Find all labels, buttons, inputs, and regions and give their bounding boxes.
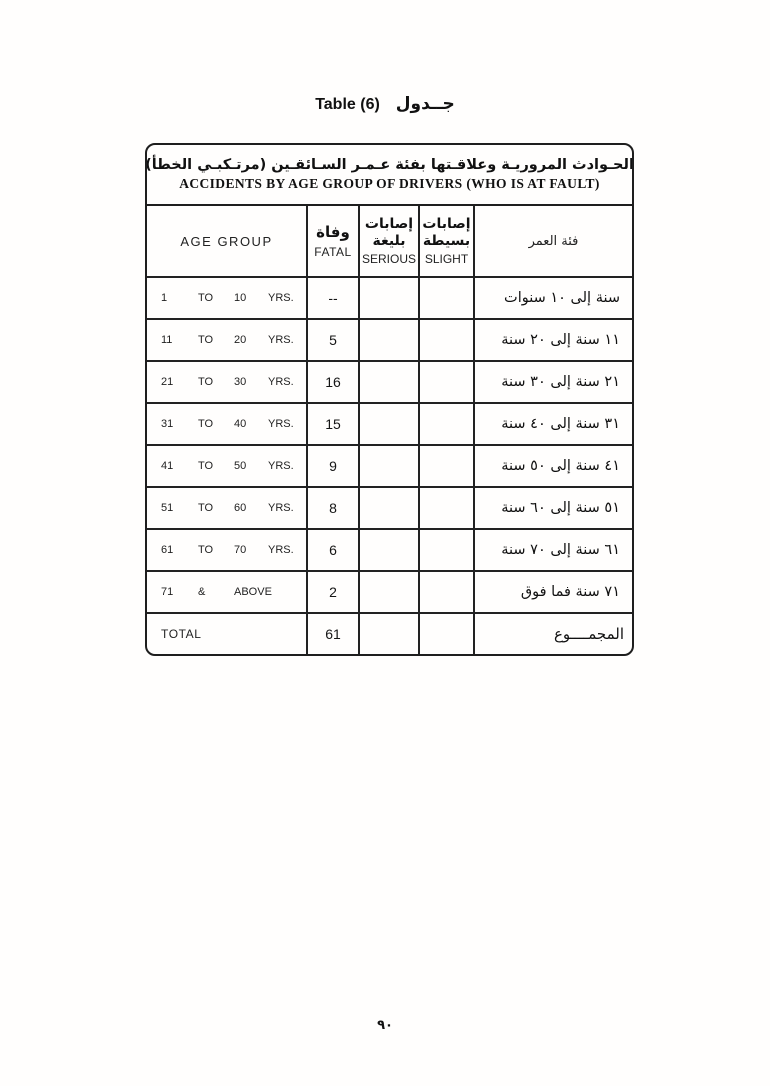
serious-cell xyxy=(360,404,420,444)
age-arabic-cell: ٦١ سنة إلى ٧٠ سنة xyxy=(475,530,632,570)
age-arabic-cell: المجمــــوع xyxy=(475,614,632,654)
age-to: ABOVE xyxy=(234,586,268,598)
serious-cell xyxy=(360,320,420,360)
serious-header-english: SERIOUS xyxy=(362,252,416,266)
age-suffix: YRS. xyxy=(268,544,294,556)
column-header-age-group: AGE GROUP xyxy=(147,206,308,276)
table-number-arabic: جــدول xyxy=(396,94,455,114)
age-connector: TO xyxy=(198,502,234,514)
fatal-cell: 2 xyxy=(308,572,360,612)
age-suffix: YRS. xyxy=(268,376,294,388)
age-suffix: YRS. xyxy=(268,418,294,430)
age-category-header-arabic: فئة العمر xyxy=(529,234,579,249)
age-to: 60 xyxy=(234,502,268,514)
slight-cell xyxy=(420,530,475,570)
age-connector: TO xyxy=(198,544,234,556)
age-from: 21 xyxy=(161,376,198,388)
table-row: 31TO40YRS. 15 ٣١ سنة إلى ٤٠ سنة xyxy=(147,402,632,444)
fatal-cell: 5 xyxy=(308,320,360,360)
page-title: Table (6)جــدول xyxy=(0,94,770,114)
slight-cell xyxy=(420,362,475,402)
column-header-fatal: وفاة FATAL xyxy=(308,206,360,276)
age-to: 70 xyxy=(234,544,268,556)
fatal-total-value: 61 xyxy=(325,626,341,642)
age-group-cell: 21TO30YRS. xyxy=(147,362,308,402)
age-group-cell: 61TO70YRS. xyxy=(147,530,308,570)
serious-header-arabic-line2: بليغة xyxy=(372,233,405,250)
table-row: 1TO10YRS. -- سنة إلى ١٠ سنوات xyxy=(147,276,632,318)
age-from: 11 xyxy=(161,334,198,346)
table-caption: الحـوادث المروريـة وعلاقـتها بفئة عـمـر … xyxy=(147,145,632,206)
table-row: 71&ABOVE 2 ٧١ سنة فما فوق xyxy=(147,570,632,612)
age-from: 51 xyxy=(161,502,198,514)
age-connector: TO xyxy=(198,334,234,346)
fatal-cell: 8 xyxy=(308,488,360,528)
age-arabic-cell: ٥١ سنة إلى ٦٠ سنة xyxy=(475,488,632,528)
fatal-value: 15 xyxy=(325,416,341,432)
fatal-value: 5 xyxy=(329,332,337,348)
total-label-arabic: المجمــــوع xyxy=(475,625,632,643)
age-arabic-cell: ٣١ سنة إلى ٤٠ سنة xyxy=(475,404,632,444)
column-header-age-category: فئة العمر xyxy=(475,206,632,276)
fatal-cell: 16 xyxy=(308,362,360,402)
age-arabic-label: ٥١ سنة إلى ٦٠ سنة xyxy=(475,500,632,516)
age-connector: TO xyxy=(198,460,234,472)
serious-cell xyxy=(360,278,420,318)
age-group-cell: 1TO10YRS. xyxy=(147,278,308,318)
fatal-header-arabic: وفاة xyxy=(316,223,350,241)
age-connector: & xyxy=(198,586,234,598)
accidents-table: الحـوادث المروريـة وعلاقـتها بفئة عـمـر … xyxy=(145,143,634,656)
age-suffix: YRS. xyxy=(268,502,294,514)
slight-cell xyxy=(420,488,475,528)
age-arabic-cell: ١١ سنة إلى ٢٠ سنة xyxy=(475,320,632,360)
age-arabic-cell: ٤١ سنة إلى ٥٠ سنة xyxy=(475,446,632,486)
table-row: 21TO30YRS. 16 ٢١ سنة إلى ٣٠ سنة xyxy=(147,360,632,402)
age-arabic-cell: سنة إلى ١٠ سنوات xyxy=(475,278,632,318)
slight-header-english: SLIGHT xyxy=(425,252,468,266)
age-arabic-label: ٦١ سنة إلى ٧٠ سنة xyxy=(475,542,632,558)
document-page: Table (6)جــدول الحـوادث المروريـة وعلاق… xyxy=(0,0,770,1086)
fatal-value: -- xyxy=(328,290,337,306)
age-connector: TO xyxy=(198,292,234,304)
serious-header-arabic-line1: إصابات xyxy=(365,216,413,233)
age-to: 20 xyxy=(234,334,268,346)
age-arabic-label: ٤١ سنة إلى ٥٠ سنة xyxy=(475,458,632,474)
age-from: 1 xyxy=(161,292,198,304)
fatal-cell: 6 xyxy=(308,530,360,570)
age-from: 61 xyxy=(161,544,198,556)
age-to: 10 xyxy=(234,292,268,304)
age-from: 71 xyxy=(161,586,198,598)
age-arabic-cell: ٧١ سنة فما فوق xyxy=(475,572,632,612)
slight-cell xyxy=(420,404,475,444)
serious-cell xyxy=(360,530,420,570)
table-row-total: TOTAL 61 المجمــــوع xyxy=(147,612,632,654)
age-arabic-label: سنة إلى ١٠ سنوات xyxy=(475,290,632,306)
age-arabic-label: ٣١ سنة إلى ٤٠ سنة xyxy=(475,416,632,432)
caption-arabic: الحـوادث المروريـة وعلاقـتها بفئة عـمـر … xyxy=(145,156,634,174)
age-group-cell: 11TO20YRS. xyxy=(147,320,308,360)
column-header-serious: إصابات بليغة SERIOUS xyxy=(360,206,420,276)
fatal-value: 16 xyxy=(325,374,341,390)
fatal-header-english: FATAL xyxy=(314,245,351,259)
fatal-value: 2 xyxy=(329,584,337,600)
fatal-value: 6 xyxy=(329,542,337,558)
age-from: 41 xyxy=(161,460,198,472)
slight-cell xyxy=(420,572,475,612)
table-row: 11TO20YRS. 5 ١١ سنة إلى ٢٠ سنة xyxy=(147,318,632,360)
caption-english: ACCIDENTS BY AGE GROUP OF DRIVERS (WHO I… xyxy=(179,176,600,192)
age-arabic-label: ١١ سنة إلى ٢٠ سنة xyxy=(475,332,632,348)
age-to: 50 xyxy=(234,460,268,472)
column-header-slight: إصابات بسيطة SLIGHT xyxy=(420,206,475,276)
age-from: 31 xyxy=(161,418,198,430)
slight-cell xyxy=(420,614,475,654)
fatal-cell: 15 xyxy=(308,404,360,444)
total-label: TOTAL xyxy=(161,627,198,641)
table-row: 41TO50YRS. 9 ٤١ سنة إلى ٥٠ سنة xyxy=(147,444,632,486)
age-group-cell: TOTAL xyxy=(147,614,308,654)
fatal-value: 9 xyxy=(329,458,337,474)
table-row: 51TO60YRS. 8 ٥١ سنة إلى ٦٠ سنة xyxy=(147,486,632,528)
age-arabic-label: ٧١ سنة فما فوق xyxy=(475,584,632,600)
age-suffix: YRS. xyxy=(268,292,294,304)
age-to: 40 xyxy=(234,418,268,430)
age-suffix: YRS. xyxy=(268,334,294,346)
age-to: 30 xyxy=(234,376,268,388)
table-number-english: Table (6) xyxy=(315,96,380,113)
age-group-cell: 31TO40YRS. xyxy=(147,404,308,444)
serious-cell xyxy=(360,488,420,528)
slight-header-arabic-line2: بسيطة xyxy=(423,233,470,250)
age-group-cell: 51TO60YRS. xyxy=(147,488,308,528)
slight-cell xyxy=(420,278,475,318)
age-group-header-label: AGE GROUP xyxy=(180,234,272,249)
fatal-cell: -- xyxy=(308,278,360,318)
age-connector: TO xyxy=(198,376,234,388)
serious-cell xyxy=(360,614,420,654)
age-group-cell: 41TO50YRS. xyxy=(147,446,308,486)
serious-cell xyxy=(360,572,420,612)
serious-cell xyxy=(360,362,420,402)
age-arabic-label: ٢١ سنة إلى ٣٠ سنة xyxy=(475,374,632,390)
fatal-cell: 9 xyxy=(308,446,360,486)
fatal-value: 8 xyxy=(329,500,337,516)
age-group-cell: 71&ABOVE xyxy=(147,572,308,612)
slight-cell xyxy=(420,320,475,360)
slight-cell xyxy=(420,446,475,486)
slight-header-arabic-line1: إصابات xyxy=(422,216,470,233)
age-connector: TO xyxy=(198,418,234,430)
page-number: ٩٠ xyxy=(0,1018,770,1033)
table-row: 61TO70YRS. 6 ٦١ سنة إلى ٧٠ سنة xyxy=(147,528,632,570)
serious-cell xyxy=(360,446,420,486)
age-suffix: YRS. xyxy=(268,460,294,472)
table-header-row: AGE GROUP وفاة FATAL إصابات بليغة SERIOU… xyxy=(147,206,632,276)
fatal-cell: 61 xyxy=(308,614,360,654)
age-arabic-cell: ٢١ سنة إلى ٣٠ سنة xyxy=(475,362,632,402)
